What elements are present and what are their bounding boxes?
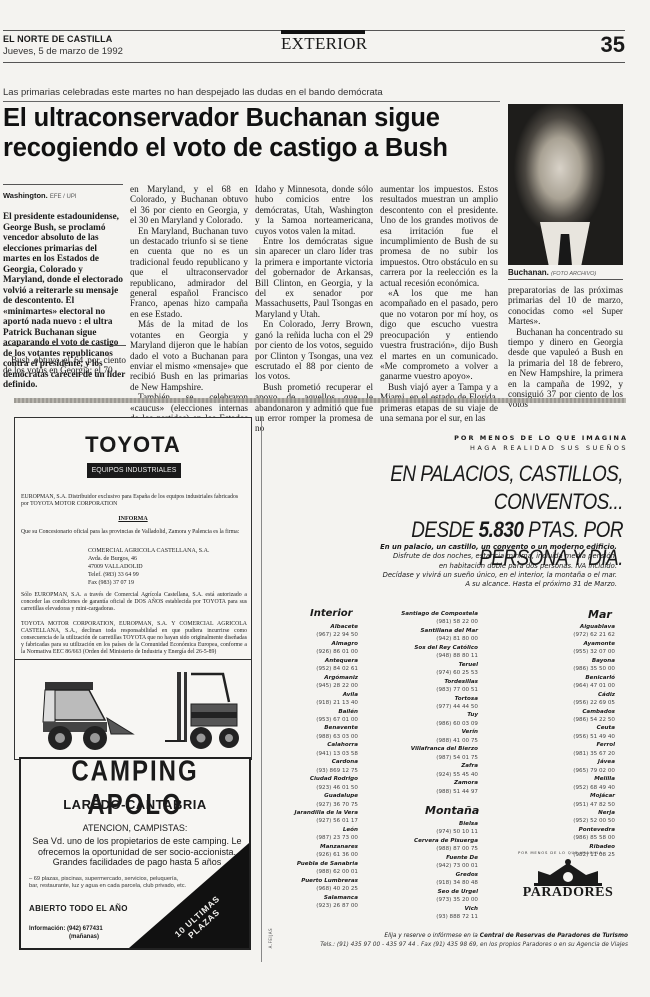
article-column-4: aumentar los impuestos. Estos resultados…: [380, 184, 498, 423]
parador-phone: (945) 28 22 00: [268, 682, 358, 690]
toyota-logo: TOYOTA: [15, 432, 251, 458]
address-line: Fax (983) 37 07 19: [88, 579, 209, 587]
article-headline: El ultraconservador Buchanan sigue recog…: [3, 103, 503, 163]
parador-phone: (986) 85 58 00: [530, 834, 615, 842]
parador-phone: (952) 68 49 40: [530, 784, 615, 792]
toyota-address: COMERCIAL AGRICOLA CASTELLANA, S.A. Avda…: [88, 547, 209, 587]
parador-name: Puebla de Sanabria: [268, 860, 358, 868]
camping-contact: Información: (942) 677431 (mañanas): [29, 925, 103, 941]
parador-phone: (988) 51 44 97: [368, 788, 478, 796]
parador-name: Vich: [368, 905, 478, 913]
section-divider: [14, 398, 626, 403]
article-column-3: Idaho y Minnesota, donde sólo hubo comic…: [255, 184, 373, 434]
montana-heading: Montaña: [425, 804, 479, 817]
address-line: COMERCIAL AGRICOLA CASTELLANA, S.A.: [88, 547, 209, 555]
paradores-tagline-2: HAGA REALIDAD SUS SUEÑOS: [470, 444, 628, 452]
parador-phone: (986) 54 22 50: [530, 716, 615, 724]
paradores-wordmark: PARADORES: [518, 885, 618, 901]
parador-name: Bailén: [268, 708, 358, 716]
caption-name: Buchanan.: [508, 268, 549, 277]
parador-phone: (923) 46 01 50: [268, 784, 358, 792]
promo-line: En un palacio, un castillo, un convento …: [268, 543, 617, 552]
promo-line: Disfrute de dos noches, estancia mínima,…: [268, 552, 617, 561]
parador-name: Antequera: [268, 657, 358, 665]
headline-price: 5.830: [479, 517, 524, 542]
parador-name: Ferrol: [530, 741, 615, 749]
parador-phone: (952) 52 00 50: [530, 817, 615, 825]
interior-parador-list: Albacete(967) 22 94 50Almagro(926) 86 01…: [268, 623, 358, 910]
mar-parador-list: Aiguablava(972) 62 21 62Ayamonte(955) 32…: [530, 623, 615, 860]
camping-body: Sea Vd. uno de los propietarios de este …: [27, 836, 247, 868]
parador-phone: (988) 87 00 75: [368, 845, 478, 853]
promo-line: A su alcance. Hasta el próximo 31 de Mar…: [268, 580, 617, 589]
parador-name: Zamora: [368, 779, 478, 787]
parador-phone: (977) 44 44 50: [368, 703, 478, 711]
parador-name: Santillana del Mar: [368, 627, 478, 635]
parador-phone: (953) 67 01 00: [268, 716, 358, 724]
parador-name: Puerto Lumbreras: [268, 877, 358, 885]
camping-features: – 69 plazas, piscinas, supermercado, ser…: [29, 876, 189, 890]
camping-phone: Información: (942) 677431: [29, 925, 103, 933]
newspaper-name: EL NORTE DE CASTILLA: [3, 34, 112, 44]
headline-line-2: recogiendo el voto de castigo a Bush: [3, 134, 448, 162]
parador-name: Salamanca: [268, 894, 358, 902]
toyota-guarantee: Sólo EUROPMAN, S.A. a través de Comercia…: [21, 592, 247, 613]
parador-name: Gredos: [368, 871, 478, 879]
interior-heading: Interior: [310, 608, 353, 619]
article-kicker: Las primarias celebradas este martes no …: [3, 87, 500, 102]
parador-name: Nerja: [530, 809, 615, 817]
paradores-logo: PARADORES: [518, 857, 618, 917]
parador-name: Ciudad Rodrigo: [268, 775, 358, 783]
parador-phone: (948) 88 80 11: [368, 652, 478, 660]
byline-agency: EFE / UPI: [50, 194, 77, 200]
toyota-machines-illustration: [14, 660, 252, 760]
paragraph: aumentar los impuestos. Estos resultados…: [380, 184, 498, 288]
parador-name: Aiguablava: [530, 623, 615, 631]
footer-central-reservas: Central de Reservas de Paradores de Turi…: [480, 933, 628, 939]
paragraph: En Colorado, Jerry Brown, ganó la reñida…: [255, 319, 373, 381]
promo-line: Decídase y vivirá un sueño único, en el …: [268, 571, 617, 580]
masthead: EL NORTE DE CASTILLA Jueves, 5 de marzo …: [3, 30, 625, 63]
paragraph: En Maryland, Buchanan tuvo un destacado …: [130, 226, 248, 320]
parador-phone: (981) 58 22 00: [368, 618, 478, 626]
parador-name: Ayamonte: [530, 640, 615, 648]
parador-name: Jarandilla de la Vera: [268, 809, 358, 817]
parador-phone: (918) 34 80 48: [368, 879, 478, 887]
parador-name: Tortosa: [368, 695, 478, 703]
parador-phone: (986) 60 03 09: [368, 720, 478, 728]
parador-phone: (942) 81 80 00: [368, 635, 478, 643]
loader-and-forklift-icon: [15, 660, 251, 758]
montana-parador-list: Bielsa(974) 50 10 11Cervera de Pisuerga(…: [368, 820, 478, 921]
parador-phone: (988) 63 03 00: [268, 733, 358, 741]
camping-phone-note: (mañanas): [29, 933, 103, 941]
article-column-1: Bush obtuvo el 64 por ciento de los voto…: [3, 355, 126, 376]
paragraph: preparatorias de las próximas primarias …: [508, 285, 623, 327]
parador-name: Manzanares: [268, 843, 358, 851]
parador-name: Cambados: [530, 708, 615, 716]
parador-phone: (988) 41 00 75: [368, 737, 478, 745]
parador-name: Mojácar: [530, 792, 615, 800]
parador-name: Calahorra: [268, 741, 358, 749]
article-column-2: en Maryland, y el 68 en Colorado, y Buch…: [130, 184, 248, 434]
parador-phone: (987) 54 01 75: [368, 754, 478, 762]
parador-phone: (923) 26 87 00: [268, 902, 358, 910]
parador-phone: (968) 40 20 25: [268, 885, 358, 893]
parador-name: Benavente: [268, 724, 358, 732]
mar-heading: Mar: [588, 608, 612, 621]
address-line: Telef. (983) 33 64 99: [88, 571, 209, 579]
issue-date: Jueves, 5 de marzo de 1992: [3, 46, 123, 57]
parador-name: Tuy: [368, 711, 478, 719]
parador-phone: (951) 47 82 50: [530, 801, 615, 809]
parador-name: Almagro: [268, 640, 358, 648]
byline: Washington. EFE / UPI: [3, 184, 123, 200]
toyota-dealer-text: Que su Concesionario oficial para las pr…: [21, 529, 247, 536]
parador-phone: (942) 73 00 01: [368, 862, 478, 870]
parador-phone: (924) 55 45 40: [368, 771, 478, 779]
address-line: 47009 VALLADOLID: [88, 563, 209, 571]
caption-credit: (FOTO ARCHIVO): [551, 271, 596, 277]
camping-attention: ATENCION, CAMPISTAS:: [21, 823, 249, 833]
headline-line-1: El ultraconservador Buchanan sigue: [3, 104, 440, 132]
parador-name: Argómaniz: [268, 674, 358, 682]
section-title: EXTERIOR: [281, 34, 367, 54]
headline-pre: DESDE: [411, 517, 478, 542]
camping-apolo-ad: CAMPING APOLO LAREDO-CANTABRIA ATENCION,…: [19, 757, 251, 950]
address-line: Avda. de Burgos, 46: [88, 555, 209, 563]
toyota-disclaimer: TOYOTA MOTOR CORPORATION, EUROPMAN, S.A.…: [21, 621, 247, 656]
middle-parador-list: Santiago de Compostela(981) 58 22 00Sant…: [368, 610, 478, 796]
parador-name: Fuente De: [368, 854, 478, 862]
parador-name: Ceuta: [530, 724, 615, 732]
paragraph: Más de la mitad de los votantes en Georg…: [130, 319, 248, 392]
parador-name: Cádiz: [530, 691, 615, 699]
paradores-ad: POR MENOS DE LO QUE IMAGINA HAGA REALIDA…: [268, 420, 628, 960]
parador-name: León: [268, 826, 358, 834]
photo-caption: Buchanan. (FOTO ARCHIVO): [508, 268, 623, 280]
parador-phone: (986) 35 50 00: [530, 665, 615, 673]
parador-phone: (974) 60 25 53: [368, 669, 478, 677]
parador-phone: (964) 47 01 00: [530, 682, 615, 690]
parador-name: Teruel: [368, 661, 478, 669]
toyota-intro: EUROPMAN, S.A. Distribuidor exclusivo pa…: [21, 494, 247, 508]
paragraph: «A los que me han acompañado en el pasad…: [380, 288, 498, 382]
paragraph: Idaho y Minnesota, donde sólo hubo comic…: [255, 184, 373, 236]
byline-place: Washington.: [3, 191, 48, 200]
parador-name: Santiago de Compostela: [368, 610, 478, 618]
parador-name: Seo de Urgel: [368, 888, 478, 896]
paragraph: Entre los demócratas sigue sin aparecer …: [255, 236, 373, 319]
parador-name: Melilla: [530, 775, 615, 783]
toyota-informa: INFORMA: [15, 516, 251, 522]
parador-phone: (973) 35 20 00: [368, 896, 478, 904]
parador-phone: (972) 62 21 62: [530, 631, 615, 639]
parador-name: Villafranca del Bierzo: [368, 745, 478, 753]
paradores-promo-text: En un palacio, un castillo, un convento …: [268, 543, 617, 589]
parador-name: Avila: [268, 691, 358, 699]
camping-title: CAMPING APOLO: [21, 757, 249, 823]
parador-phone: (988) 62 00 01: [268, 868, 358, 876]
footer-pre: Elija y reserve o infórmese en la: [384, 933, 479, 939]
parador-name: Jávea: [530, 758, 615, 766]
camping-open-all-year: ABIERTO TODO EL AÑO: [29, 904, 128, 913]
parador-phone: (93) 869 12 75: [268, 767, 358, 775]
parador-phone: (956) 22 69 05: [530, 699, 615, 707]
article-column-5: preparatorias de las próximas primarias …: [508, 285, 623, 410]
parador-name: Pontevedra: [530, 826, 615, 834]
parador-phone: (926) 86 01 00: [268, 648, 358, 656]
parador-phone: (952) 84 02 61: [268, 665, 358, 673]
parador-name: Albacete: [268, 623, 358, 631]
parador-name: Bielsa: [368, 820, 478, 828]
parador-name: Verín: [368, 728, 478, 736]
ad-column-divider: [261, 417, 262, 962]
lead-divider: [3, 345, 126, 346]
paradores-logo-tagline: POR MENOS DE LO QUE IMAGINA: [518, 850, 602, 855]
parador-phone: (974) 50 10 11: [368, 828, 478, 836]
parador-name: Guadalupe: [268, 792, 358, 800]
parador-phone: (987) 23 73 00: [268, 834, 358, 842]
parador-phone: (967) 22 94 50: [268, 631, 358, 639]
parador-phone: (981) 35 67 20: [530, 750, 615, 758]
parador-name: Tordesillas: [368, 678, 478, 686]
parador-name: Sos del Rey Católico: [368, 644, 478, 652]
page-number: 35: [601, 32, 625, 58]
parador-phone: (927) 36 70 75: [268, 801, 358, 809]
parador-name: Cardona: [268, 758, 358, 766]
parador-name: Bayona: [530, 657, 615, 665]
parador-phone: (926) 61 36 00: [268, 851, 358, 859]
paragraph: en Maryland, y el 68 en Colorado, y Buch…: [130, 184, 248, 226]
camping-location: LAREDO-CANTABRIA: [21, 797, 249, 812]
parador-phone: (93) 888 72 11: [368, 913, 478, 921]
promo-line: en habitación doble para dos personas. I…: [268, 562, 617, 571]
paradores-tagline-1: POR MENOS DE LO QUE IMAGINA: [454, 434, 628, 442]
paradores-contact-phones: Tels.: (91) 435 97 00 - 435 97 44 . Fax …: [320, 942, 628, 948]
parador-phone: (983) 77 00 51: [368, 686, 478, 694]
parador-phone: (941) 13 03 58: [268, 750, 358, 758]
parador-name: Zafra: [368, 762, 478, 770]
paragraph: Bush obtuvo el 64 por ciento de los voto…: [3, 355, 126, 376]
parador-phone: (918) 21 13 40: [268, 699, 358, 707]
buchanan-photo: [508, 104, 623, 265]
toyota-subtitle: EQUIPOS INDUSTRIALES: [87, 463, 181, 478]
paradores-reservations: Elija y reserve o infórmese en la Centra…: [384, 933, 628, 939]
parador-name: Cervera de Pisuerga: [368, 837, 478, 845]
crown-icon: [518, 857, 618, 887]
parador-phone: (927) 56 01 17: [268, 817, 358, 825]
parador-phone: (956) 51 49 40: [530, 733, 615, 741]
headline-line-1: EN PALACIOS, CASTILLOS, CONVENTOS...: [335, 460, 623, 516]
parador-phone: (965) 79 02 00: [530, 767, 615, 775]
parador-name: Benicarló: [530, 674, 615, 682]
parador-phone: (955) 32 07 00: [530, 648, 615, 656]
ad-designer-credit: A.FEIJAS: [268, 928, 273, 948]
toyota-ad: TOYOTA EQUIPOS INDUSTRIALES EUROPMAN, S.…: [14, 417, 252, 660]
